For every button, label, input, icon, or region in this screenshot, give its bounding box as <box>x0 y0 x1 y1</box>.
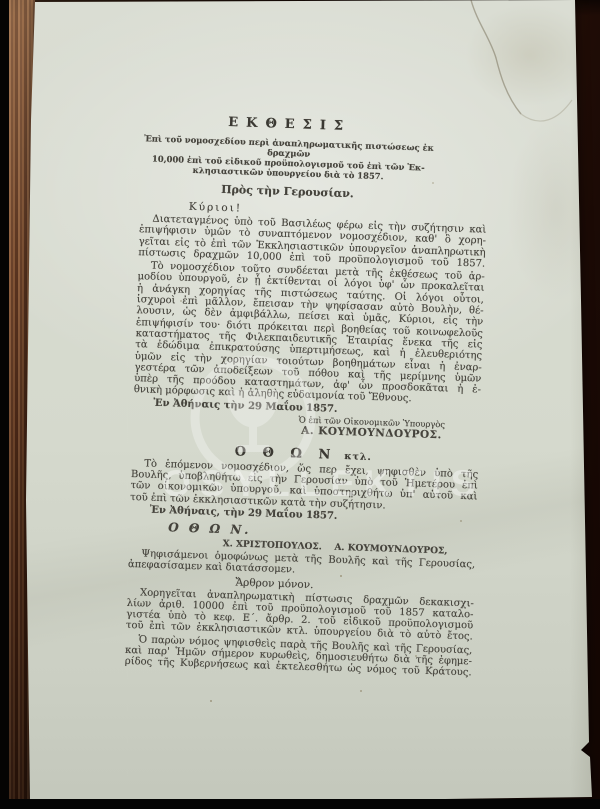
photo-bottom-edge <box>0 799 600 809</box>
heading-suffix: κτλ. <box>344 451 372 463</box>
foxing-specks <box>0 0 2 2</box>
printed-text-column: ΕΚΘΕΣΙΣ Ἐπὶ τοῦ νομοσχεδίου περὶ ἀναπληρ… <box>119 112 492 679</box>
address-line: Πρὸς τὴν Γερουσίαν. <box>134 180 440 203</box>
document-subtitle: Ἐπὶ τοῦ νομοσχεδίου περὶ ἀναπληρωματικῆς… <box>135 133 442 183</box>
king-name: Ο Θ Ω Ν <box>234 444 336 462</box>
report-paragraph-2: Τὸ νομοσχέδιον τοῦτο συνδέεται μετὰ τῆς … <box>134 260 485 407</box>
document-header: ΕΚΘΕΣΙΣ Ἐπὶ τοῦ νομοσχεδίου περὶ ἀναπληρ… <box>134 112 443 203</box>
paper-sheet: ΕΚΘΕΣΙΣ Ἐπὶ τοῦ νομοσχεδίου περὶ ἀναπληρ… <box>0 0 600 809</box>
paper-sheet-wrap: ΕΚΘΕΣΙΣ Ἐπὶ τοῦ νομοσχεδίου περὶ ἀναπληρ… <box>0 0 600 809</box>
photo-of-document: ΕΚΘΕΣΙΣ Ἐπὶ τοῦ νομοσχεδίου περὶ ἀναπληρ… <box>0 0 600 809</box>
